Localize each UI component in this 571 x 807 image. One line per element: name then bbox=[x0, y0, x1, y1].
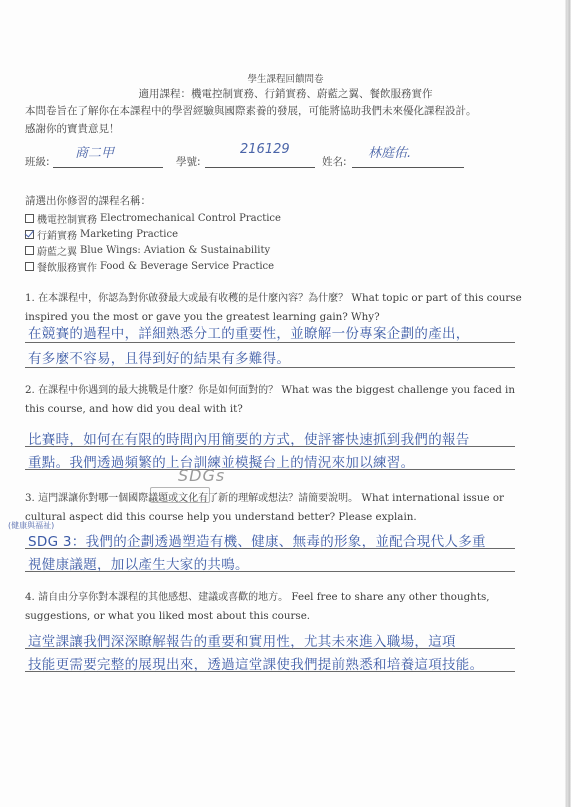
survey-page: 學生課程回饋問卷 適用課程：機電控制實務、行銷實務、蔚藍之翼、餐飲服務實作 本問… bbox=[0, 0, 571, 807]
class-label: 班級: bbox=[25, 154, 50, 169]
scan-edge bbox=[565, 0, 571, 807]
answer-3-line-1[interactable]: SDG 3：我們的企劃透過塑造有機、健康、無毒的形象，並配合現代人多重 bbox=[28, 530, 486, 550]
answer-rule bbox=[25, 469, 515, 470]
question-3: 3. 這門課讓你對哪一個國際議題或文化有了新的理解或想法？請簡要說明。 What… bbox=[25, 489, 525, 527]
thanks-note: 感謝你的寶貴意見！ bbox=[25, 121, 120, 136]
answer-3-line-2[interactable]: 視健康議題，加以產生大家的共鳴。 bbox=[28, 553, 249, 573]
name-label: 姓名: bbox=[322, 154, 347, 169]
answer-rule bbox=[25, 648, 515, 649]
answer-rule bbox=[25, 342, 515, 343]
checkbox-unchecked-icon[interactable] bbox=[25, 246, 34, 255]
answer-rule bbox=[25, 671, 515, 672]
student-id-field-line bbox=[205, 167, 315, 168]
course-option-blue-wings[interactable]: 蔚藍之翼 Blue Wings: Aviation & Sustainabili… bbox=[25, 243, 270, 258]
name-field[interactable]: 林庭佑. bbox=[368, 142, 411, 161]
checkbox-unchecked-icon[interactable] bbox=[25, 214, 34, 223]
question-4: 4. 請自由分享你對本課程的其他感想、建議或喜歡的地方。 Feel free t… bbox=[25, 588, 525, 626]
answer-2-line-1[interactable]: 比賽時，如何在有限的時間內用簡要的方式，使評審快速抓到我們的報告 bbox=[28, 428, 470, 448]
class-field-line bbox=[53, 167, 163, 168]
answer-rule bbox=[25, 571, 515, 572]
name-field-line bbox=[352, 167, 464, 168]
answer-4-line-2[interactable]: 技能更需要完整的展現出來，透過這堂課使我們提前熟悉和培養這項技能。 bbox=[28, 653, 483, 673]
answer-rule bbox=[25, 367, 515, 368]
course-option-electromechanical[interactable]: 機電控制實務 Electromechanical Control Practic… bbox=[25, 211, 281, 226]
checkbox-checked-icon[interactable] bbox=[25, 230, 34, 239]
answer-rule bbox=[25, 548, 515, 549]
survey-intro: 本問卷旨在了解你在本課程中的學習經驗與國際素養的發展，可能將協助我們未來優化課程… bbox=[25, 103, 477, 118]
student-id-label: 學號: bbox=[176, 154, 201, 169]
question-2: 2. 在課程中你遇到的最大挑戰是什麼？你是如何面對的？ What was the… bbox=[25, 381, 525, 419]
checkbox-unchecked-icon[interactable] bbox=[25, 262, 34, 271]
answer-1-line-2[interactable]: 有多麼不容易，且得到好的結果有多難得。 bbox=[28, 347, 290, 367]
course-option-marketing[interactable]: 行銷實務 Marketing Practice bbox=[25, 227, 178, 242]
applicable-courses: 適用課程：機電控制實務、行銷實務、蔚藍之翼、餐飲服務實作 bbox=[0, 86, 571, 101]
class-field[interactable]: 商二甲 bbox=[75, 142, 114, 161]
course-option-food-beverage[interactable]: 餐飲服務實作 Food & Beverage Service Practice bbox=[25, 259, 274, 274]
answer-1-line-1[interactable]: 在競賽的過程中，詳細熟悉分工的重要性，並瞭解一份專案企劃的產出， bbox=[28, 322, 470, 342]
answer-4-line-1[interactable]: 這堂課讓我們深深瞭解報告的重要和實用性，尤其未來進入職場，這項 bbox=[28, 630, 456, 650]
pencil-annotation-sdgs: SDGs bbox=[178, 466, 225, 485]
answer-rule bbox=[25, 446, 515, 447]
survey-title: 學生課程回饋問卷 bbox=[0, 71, 571, 85]
student-id-field[interactable]: 216129 bbox=[240, 142, 290, 157]
course-select-prompt: 請選出你修習的課程名稱： bbox=[25, 193, 151, 208]
